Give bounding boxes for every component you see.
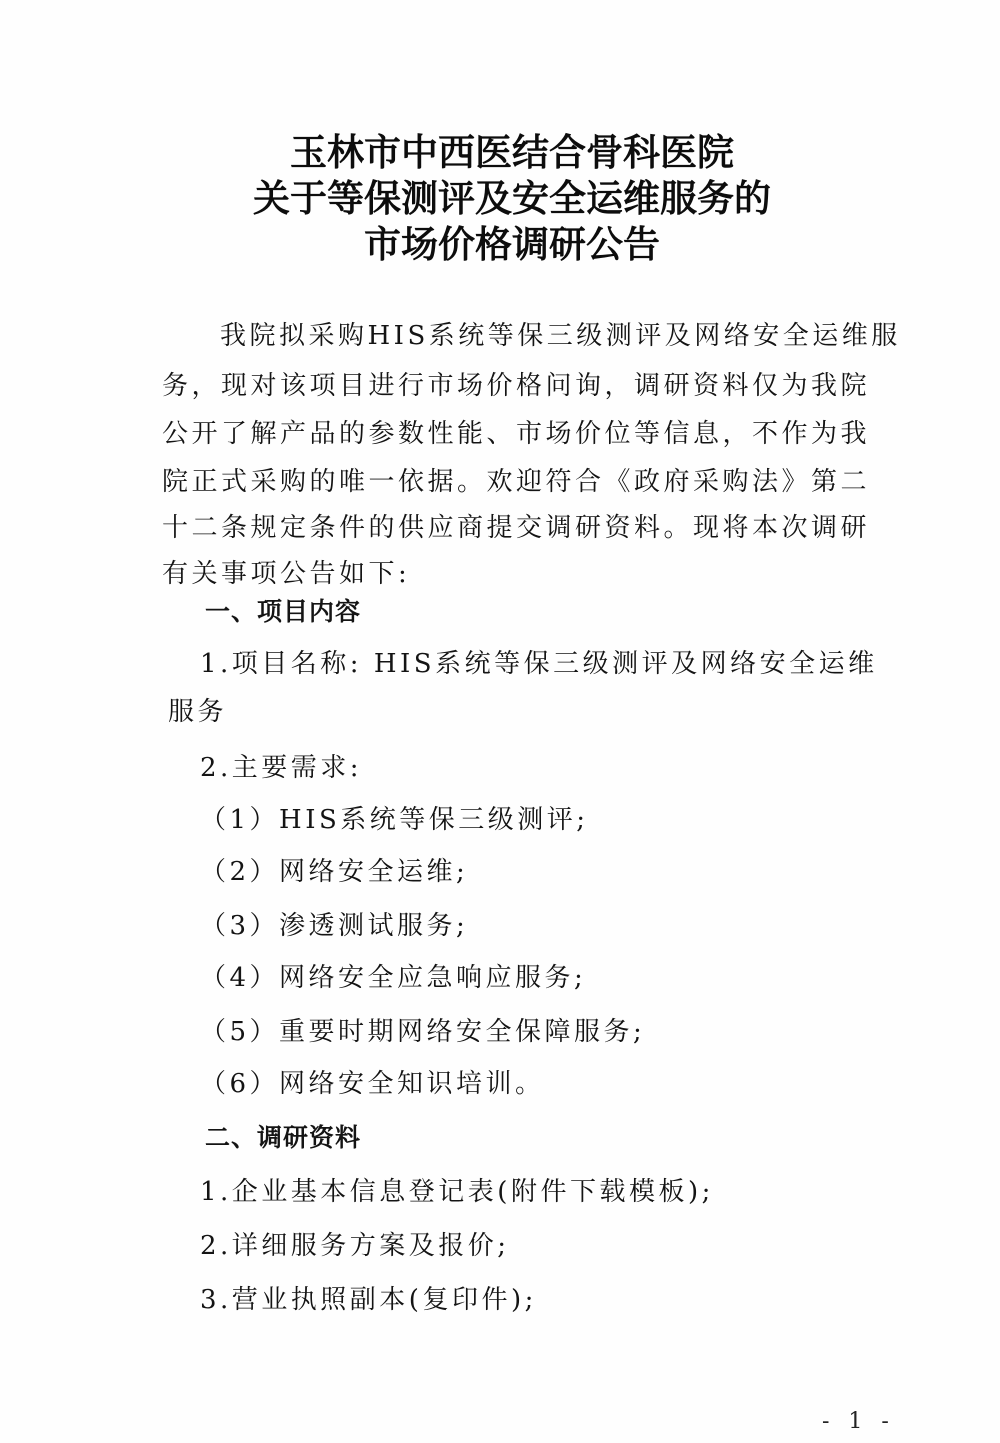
requirement-item: （5）重要时期网络安全保障服务; bbox=[200, 1016, 645, 1048]
requirements-label: 2.主要需求: bbox=[200, 752, 362, 784]
intro-line: 我院拟采购HIS系统等保三级测评及网络安全运维服 bbox=[220, 320, 901, 352]
material-item: 3.营业执照副本(复印件); bbox=[200, 1284, 537, 1316]
requirement-item: （2）网络安全运维; bbox=[200, 856, 468, 888]
intro-line: 务，现对该项目进行市场价格问询，调研资料仅为我院 bbox=[162, 370, 870, 402]
title-line-notice: 市场价格调研公告 bbox=[0, 222, 1000, 268]
document-title: 玉林市中西医结合骨科医院 关于等保测评及安全运维服务的 市场价格调研公告 bbox=[0, 130, 1000, 268]
title-line-hospital: 玉林市中西医结合骨科医院 bbox=[0, 130, 1000, 176]
intro-line: 院正式采购的唯一依据。欢迎符合《政府采购法》第二 bbox=[162, 466, 870, 498]
section-heading-project-content: 一、项目内容 bbox=[205, 596, 361, 628]
intro-line: 公开了解产品的参数性能、市场价位等信息，不作为我 bbox=[162, 418, 870, 450]
material-item: 2.详细服务方案及报价; bbox=[200, 1230, 510, 1262]
title-line-subject: 关于等保测评及安全运维服务的 bbox=[0, 176, 1000, 222]
section-heading-research-materials: 二、调研资料 bbox=[205, 1122, 361, 1154]
requirement-item: （1）HIS系统等保三级测评; bbox=[200, 804, 589, 836]
intro-line: 有关事项公告如下: bbox=[162, 558, 410, 590]
material-item: 1.企业基本信息登记表(附件下载模板); bbox=[200, 1176, 714, 1208]
page-number: - 1 - bbox=[822, 1410, 895, 1434]
intro-line: 十二条规定条件的供应商提交调研资料。现将本次调研 bbox=[162, 512, 870, 544]
requirement-item: （6）网络安全知识培训。 bbox=[200, 1068, 545, 1100]
project-name-line: 1.项目名称: HIS系统等保三级测评及网络安全运维 bbox=[200, 648, 878, 680]
document-page: 玉林市中西医结合骨科医院 关于等保测评及安全运维服务的 市场价格调研公告 我院拟… bbox=[0, 0, 1000, 1443]
project-name-line-continued: 服务 bbox=[168, 696, 227, 728]
requirement-item: （3）渗透测试服务; bbox=[200, 910, 468, 942]
requirement-item: （4）网络安全应急响应服务; bbox=[200, 962, 586, 994]
